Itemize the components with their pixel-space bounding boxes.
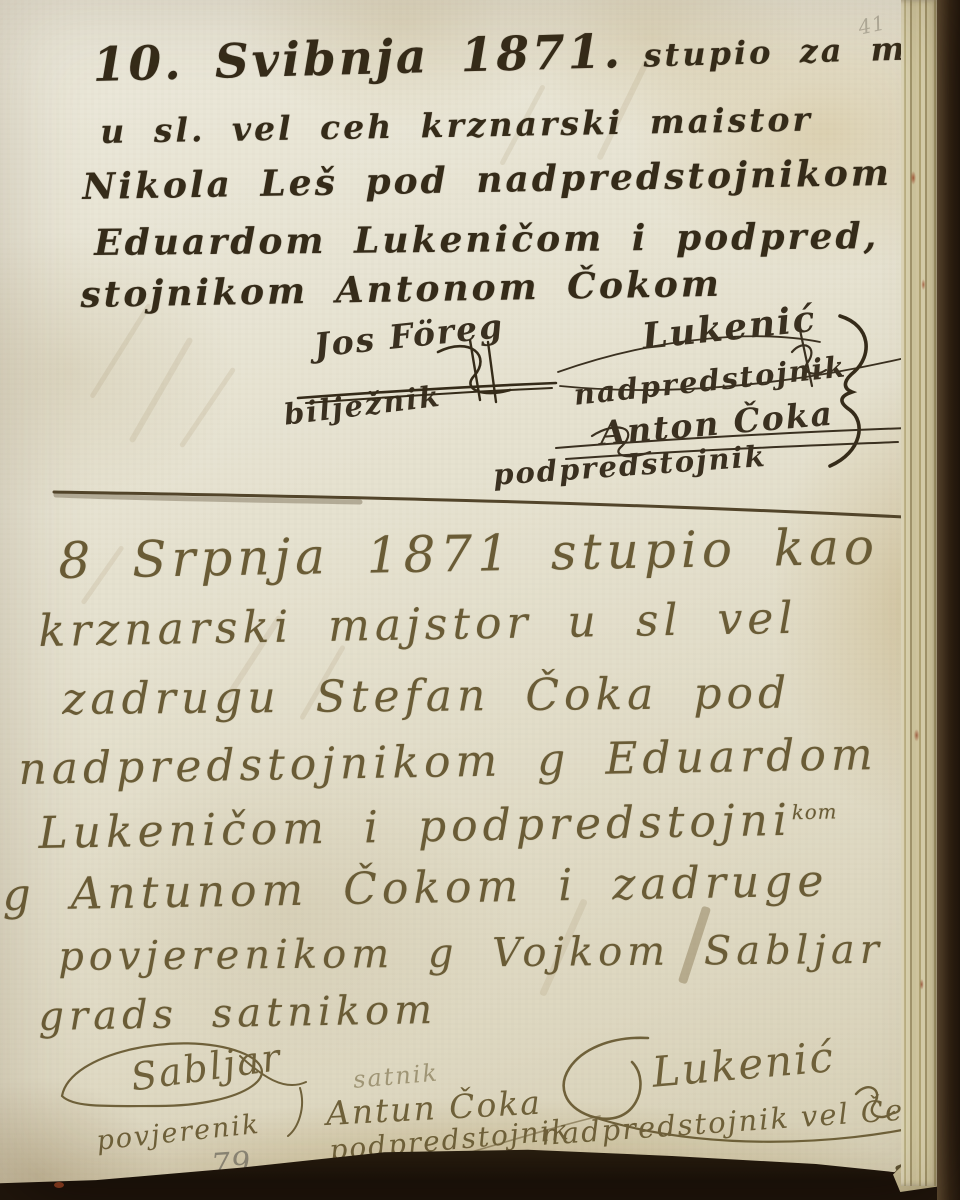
entry1-notary-title: bilježnik	[282, 379, 443, 432]
entry2-line-5-text: Lukeničom i podpredstojni	[38, 795, 792, 859]
entry-divider-rule	[54, 492, 904, 517]
book-cover-right-edge	[937, 0, 960, 1200]
entry1-line-5: stojnikom Antonom Čokom	[80, 263, 722, 316]
notary-paraph-flourish	[438, 346, 510, 393]
notary-paraph-slashes	[470, 340, 496, 402]
entry2-head-title: nadpredstojnik vel Čeha	[540, 1090, 945, 1152]
entry1-notary-signature: Jos Föreg	[312, 306, 506, 365]
curly-brace-flourish	[830, 316, 866, 466]
entry1-line-2: u sl. vel ceh krznarski maistor	[100, 100, 813, 151]
entry2-line-2: krznarski majstor u sl vel	[38, 593, 798, 657]
entry1-line-3: Nikola Leš pod nadpredstojnikom	[82, 152, 892, 208]
entry2-line-1: 8 Srpnja 1871 stupio kao	[58, 518, 879, 590]
entry2-line-3: zadrugu Stefan Čoka pod	[62, 668, 791, 725]
entry2-line-5: Lukeničom i podpredstojnikom	[38, 794, 838, 859]
entry2-line-6: g Antunom Čokom i zadruge	[2, 856, 829, 921]
head2-loop-flourish	[564, 1038, 648, 1119]
entry2-line-4: nadpredstojnikom g Eduardom	[18, 729, 878, 795]
entry2-commissioner-signature: Sabljar	[128, 1035, 284, 1100]
entry1-line-1: 10. Svibnja 1871. stupio za maistora	[92, 13, 960, 93]
entry1-head-signature: Lukenić	[640, 298, 819, 358]
entry2-line-5-superscript: kom	[792, 800, 838, 824]
entry2-line-8: grads satnikom	[38, 987, 437, 1040]
entry2-line-7: povjerenikom g Vojkom Sabljar	[58, 927, 884, 980]
entry2-head-signature: Lukenić	[650, 1032, 837, 1097]
entry-divider-rule-shadow	[56, 495, 360, 502]
manuscript-page-scan: 41 10. Svibnja 1871. stupio za maistora …	[0, 0, 960, 1200]
ink-showthrough-mark	[89, 303, 152, 399]
entry1-line-4: Eduardom Lukeničom i podpred,	[94, 215, 879, 264]
red-ink-speck	[54, 1182, 64, 1188]
entry1-date: 10. Svibnja 1871.	[92, 24, 624, 93]
ink-showthrough-mark	[128, 337, 193, 444]
ink-showthrough-mark	[179, 367, 236, 449]
book-page-edges	[901, 0, 939, 1186]
